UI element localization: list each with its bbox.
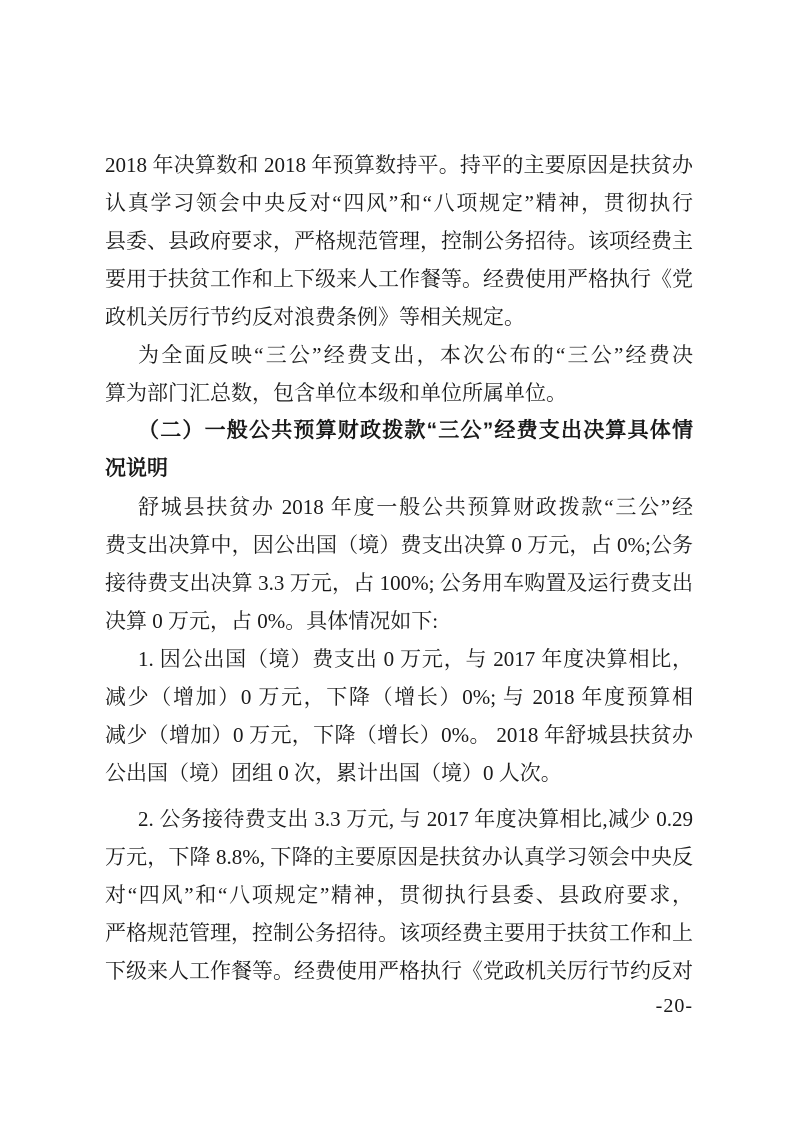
text-line: 2018 年决算数和 2018 年预算数持平。持平的主要原因是扶贫办	[105, 146, 693, 184]
text-line: 对“四风”和“八项规定”精神，贯彻执行县委、县政府要求，	[105, 876, 693, 914]
text-line: 1. 因公出国（境）费支出 0 万元，与 2017 年度决算相比，	[105, 640, 693, 678]
text-line: 下级来人工作餐等。经费使用严格执行《党政机关厉行节约反对	[105, 952, 693, 990]
page-number: -20-	[656, 994, 693, 1018]
text-line: 决算 0 万元，占 0%。具体情况如下:	[105, 602, 693, 640]
document-page: 2018 年决算数和 2018 年预算数持平。持平的主要原因是扶贫办认真学习领会…	[0, 0, 793, 1122]
text-line: 减少（增加）0 万元，下降（增长）0%; 与 2018 年度预算相比，	[105, 678, 693, 716]
text-line: 县委、县政府要求，严格规范管理，控制公务招待。该项经费主	[105, 222, 693, 260]
text-line: 2. 公务接待费支出 3.3 万元, 与 2017 年度决算相比,减少 0.29	[105, 800, 693, 838]
text-line: 舒城县扶贫办 2018 年度一般公共预算财政拨款“三公”经	[105, 488, 693, 526]
text-line: 减少（增加）0 万元，下降（增长）0%。 2018 年舒城县扶贫办因	[105, 716, 693, 754]
text-line: 认真学习领会中央反对“四风”和“八项规定”精神，贯彻执行	[105, 184, 693, 222]
text-line: 公出国（境）团组 0 次，累计出国（境）0 人次。	[105, 754, 693, 792]
section-heading-line: （二）一般公共预算财政拨款“三公”经费支出决算具体情	[105, 412, 693, 450]
text-line: 算为部门汇总数，包含单位本级和单位所属单位。	[105, 374, 693, 412]
text-line: 万元，下降 8.8%, 下降的主要原因是扶贫办认真学习领会中央反	[105, 838, 693, 876]
text-line: 政机关厉行节约反对浪费条例》等相关规定。	[105, 298, 693, 336]
document-body: 2018 年决算数和 2018 年预算数持平。持平的主要原因是扶贫办认真学习领会…	[105, 146, 693, 990]
text-line: 费支出决算中，因公出国（境）费支出决算 0 万元，占 0%;公务	[105, 526, 693, 564]
text-line: 要用于扶贫工作和上下级来人工作餐等。经费使用严格执行《党	[105, 260, 693, 298]
text-line: 严格规范管理，控制公务招待。该项经费主要用于扶贫工作和上	[105, 914, 693, 952]
section-heading-line: 况说明	[105, 450, 693, 488]
text-line: 为全面反映“三公”经费支出，本次公布的“三公”经费决	[105, 336, 693, 374]
text-line: 接待费支出决算 3.3 万元，占 100%; 公务用车购置及运行费支出	[105, 564, 693, 602]
